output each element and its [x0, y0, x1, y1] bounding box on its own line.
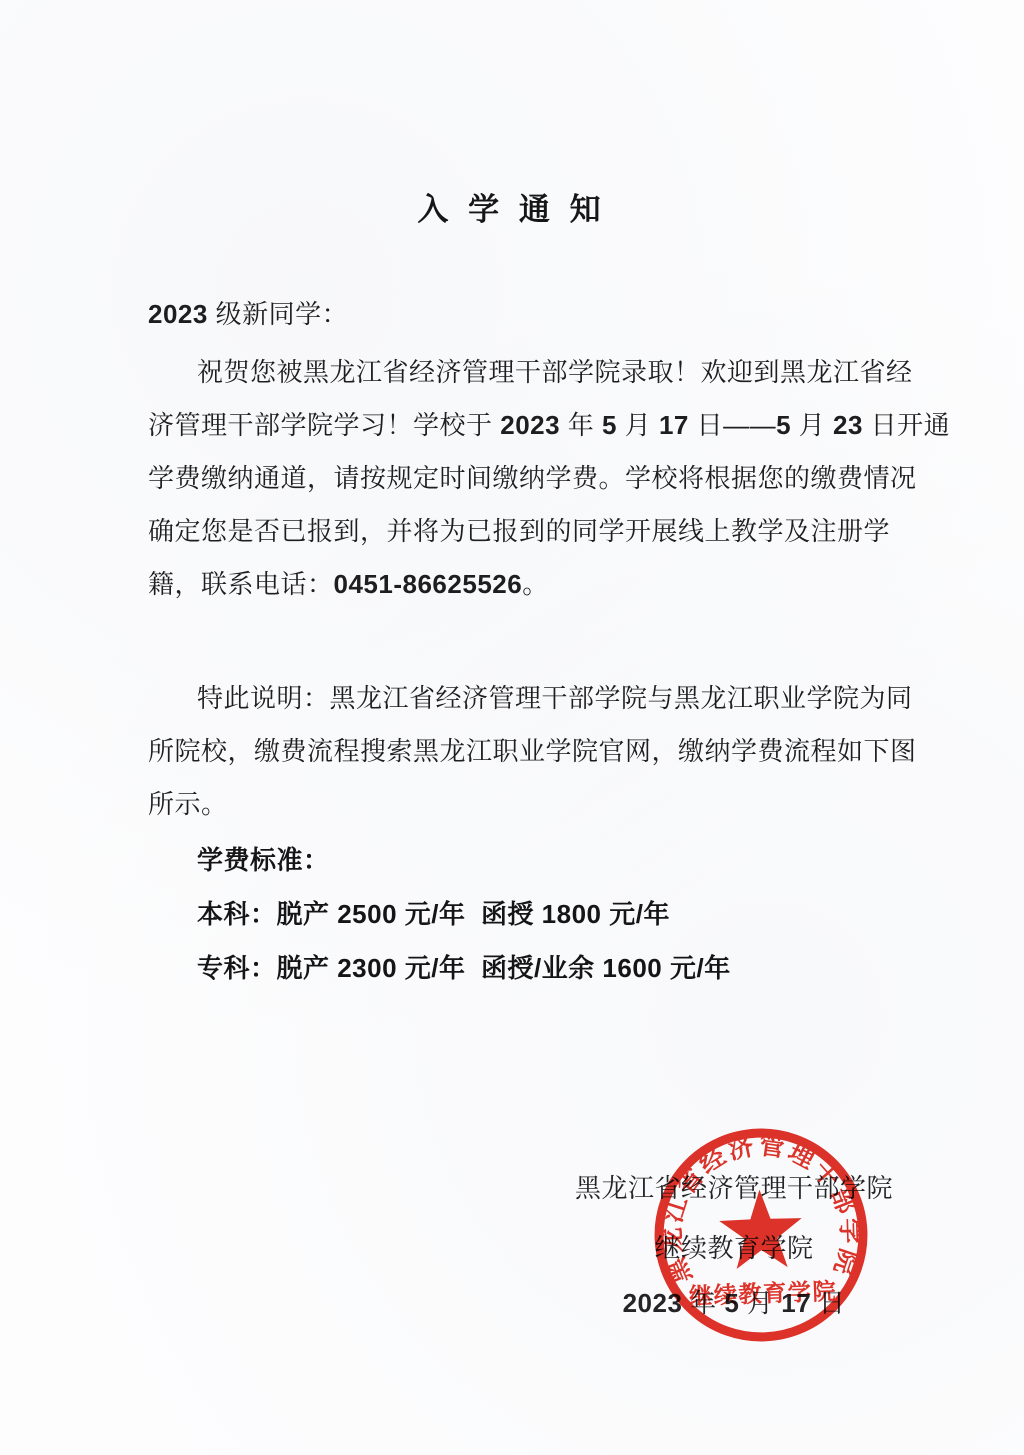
body-line: 济管理干部学院学习！学校于 2023 年 5 月 17 日——5 月 23 日开…	[148, 408, 950, 442]
document-title: 入 学 通 知	[0, 184, 1024, 229]
seal-bottom-text: 继续教育学院	[689, 1278, 838, 1309]
body-line: 所示。	[148, 787, 228, 821]
body-line: 所院校，缴费流程搜索黑龙江职业学院官网，缴纳学费流程如下图	[148, 734, 917, 768]
salutation-line: 2023 级新同学：	[148, 297, 348, 331]
body-line: 籍，联系电话：0451-86625526。	[148, 567, 549, 601]
fees-heading: 学费标准：	[197, 843, 330, 877]
body-line: 特此说明：黑龙江省经济管理干部学院与黑龙江职业学院为同	[197, 681, 913, 715]
scanned-notice-page: 入 学 通 知 2023 级新同学： 祝贺您被黑龙江省经济管理干部学院录取！欢迎…	[0, 0, 1024, 1455]
fee-line-undergraduate: 本科：脱产 2500 元/年 函授 1800 元/年	[197, 897, 670, 931]
body-line: 祝贺您被黑龙江省经济管理干部学院录取！欢迎到黑龙江省经	[197, 355, 913, 389]
seal-star-icon	[718, 1188, 803, 1269]
fee-line-college: 专科：脱产 2300 元/年 函授/业余 1600 元/年	[197, 951, 731, 985]
official-red-seal: 黑龙江省经济管理干部学院 继续教育学院	[646, 1120, 876, 1350]
body-line: 确定您是否已报到，并将为已报到的同学开展线上教学及注册学	[148, 514, 890, 548]
body-line: 学费缴纳通道，请按规定时间缴纳学费。学校将根据您的缴费情况	[148, 461, 917, 495]
